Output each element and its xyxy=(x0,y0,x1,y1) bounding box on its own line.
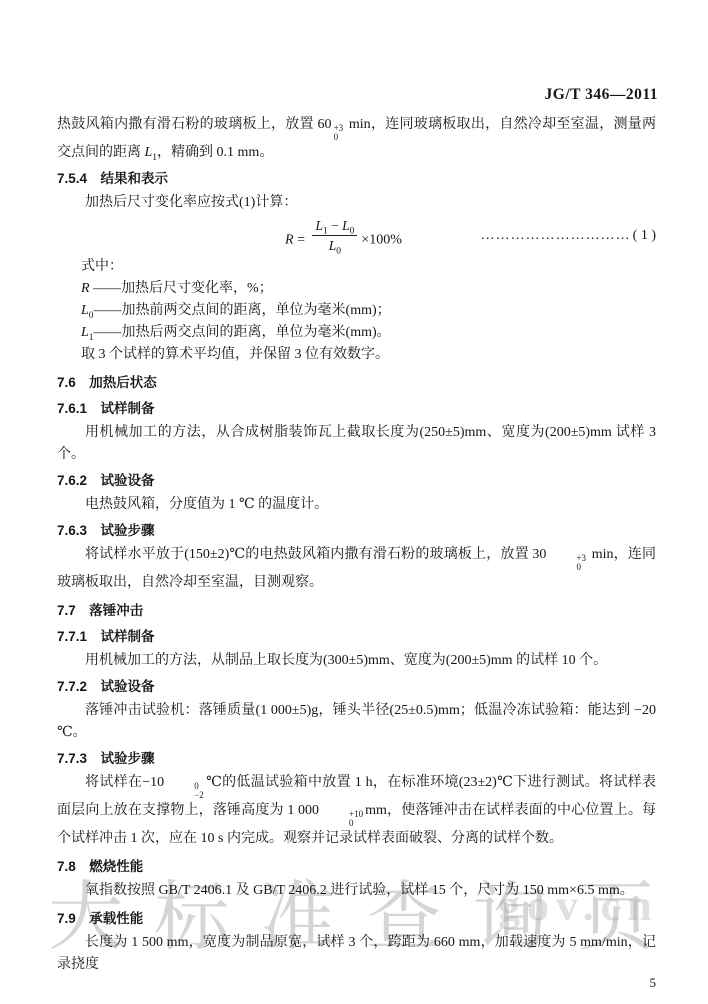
para-7-6-1: 用机械加工的方法，从合成树脂装饰瓦上截取长度为(250±5)mm、宽度为(200… xyxy=(57,422,656,466)
line-def-L1: L1——加热后两交点间的距离，单位为毫米(mm)。 xyxy=(57,322,656,344)
dotted-leader: ………………………… xyxy=(420,228,631,244)
fraction: L1 − L0L0 xyxy=(312,217,357,254)
equation-number: ( 1 ) xyxy=(633,228,656,244)
heading-7-7-3: 7.7.3 试验步骤 xyxy=(57,748,656,770)
page-number: 5 xyxy=(650,975,657,991)
fraction-denominator: L0 xyxy=(312,236,357,254)
line-average-rule: 取 3 个试样的算术平均值，并保留 3 位有效数字。 xyxy=(57,344,656,366)
equals-sign: = xyxy=(294,233,309,248)
document-page: 大标准查询页 gov.cn JG/T 346—2011 热鼓风箱内撒有滑石粉的玻… xyxy=(0,0,708,1004)
heading-7-9: 7.9 承载性能 xyxy=(57,908,656,930)
heading-7-8: 7.8 燃烧性能 xyxy=(57,856,656,878)
para-7-6-3: 将试样水平放于(150±2)℃的电热鼓风箱内撒有滑石粉的玻璃板上，放置 30+3… xyxy=(57,544,656,594)
line-def-L0: L0——加热前两交点间的距离，单位为毫米(mm)； xyxy=(57,300,656,322)
tolerance-stack: +30 xyxy=(548,554,586,572)
para-7-9: 长度为 1 500 mm，宽度为制品原宽，试样 3 个，跨距为 660 mm，加… xyxy=(57,932,656,976)
fraction-numerator: L1 − L0 xyxy=(312,217,357,236)
tolerance-stack: +30 xyxy=(334,124,344,142)
equation-expression: R = L1 − L0L0×100% xyxy=(285,217,402,254)
para-7-8: 氧指数按照 GB/T 2406.1 及 GB/T 2406.2 进行试验，试样 … xyxy=(57,880,656,902)
line-where: 式中： xyxy=(57,256,656,278)
heading-7-5-4: 7.5.4 结果和表示 xyxy=(57,168,656,190)
heading-7-7: 7.7 落锤冲击 xyxy=(57,600,656,622)
heading-7-6-3: 7.6.3 试验步骤 xyxy=(57,520,656,542)
line-def-R: R ——加热后尺寸变化率，%； xyxy=(57,278,656,300)
para-7-7-1: 用机械加工的方法，从制品上取长度为(300±5)mm、宽度为(200±5)mm … xyxy=(57,650,656,672)
tolerance-stack: 0−2 xyxy=(166,782,204,800)
standard-number-header: JG/T 346—2011 xyxy=(545,86,658,104)
heading-7-6-2: 7.6.2 试验设备 xyxy=(57,470,656,492)
heading-7-6-1: 7.6.1 试样制备 xyxy=(57,398,656,420)
heading-7-7-2: 7.7.2 试验设备 xyxy=(57,676,656,698)
tolerance-stack: +100 xyxy=(321,810,363,828)
page-body: 热鼓风箱内撒有滑石粉的玻璃板上，放置 60+30 min，连同玻璃板取出，自然冷… xyxy=(57,112,656,978)
equation-1: R = L1 − L0L0×100% ………………………… ( 1 ) xyxy=(57,217,656,254)
para-7-6-2: 电热鼓风箱，分度值为 1 ℃ 的温度计。 xyxy=(57,494,656,516)
para-heating-continuation: 热鼓风箱内撒有滑石粉的玻璃板上，放置 60+30 min，连同玻璃板取出，自然冷… xyxy=(57,114,656,164)
var-R: R xyxy=(285,233,294,248)
para-7-7-2: 落锤冲击试验机：落锤质量(1 000±5)g，锤头半径(25±0.5)mm；低温… xyxy=(57,700,656,744)
para-formula-intro: 加热后尺寸变化率应按式(1)计算： xyxy=(57,192,656,214)
para-7-7-3: 将试样在−100−2℃的低温试验箱中放置 1 h，在标准环境(23±2)℃下进行… xyxy=(57,772,656,850)
heading-7-6: 7.6 加热后状态 xyxy=(57,372,656,394)
multiplier: ×100% xyxy=(361,233,402,248)
heading-7-7-1: 7.7.1 试样制备 xyxy=(57,626,656,648)
